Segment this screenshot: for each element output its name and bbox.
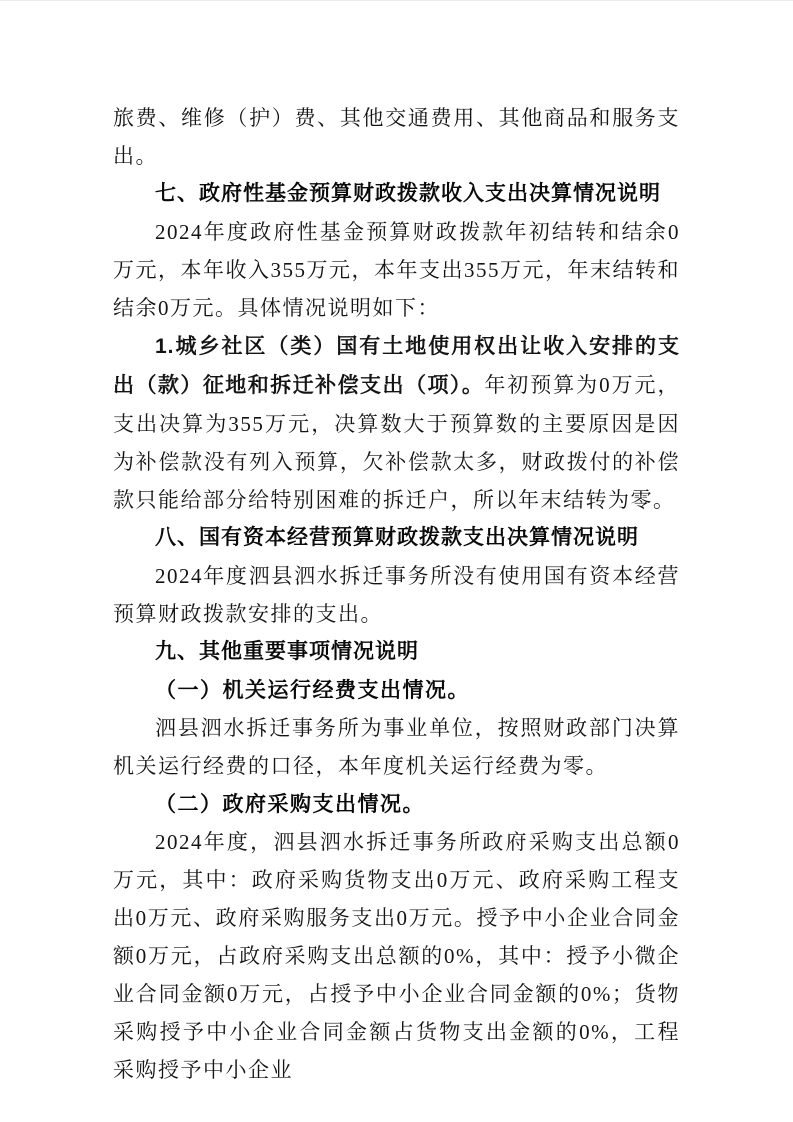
paragraph-agency-operating-expense: 泗县泗水拆迁事务所为事业单位，按照财政部门决算机关运行经费的口径，本年度机关运行… [113,709,680,785]
paragraph-gov-procurement: 2024年度，泗县泗水拆迁事务所政府采购支出总额0万元，其中：政府采购货物支出0… [113,823,680,1089]
paragraph-urban-community-item: 1.城乡社区（类）国有土地使用权出让收入安排的支出（款）征地和拆迁补偿支出（项）… [113,327,680,519]
paragraph-expense-items-continuation: 旅费、维修（护）费、其他交通费用、其他商品和服务支出。 [113,99,680,175]
heading-section-eight-state-capital: 八、国有资本经营预算财政拨款支出决算情况说明 [113,519,680,557]
subheading-agency-operating-expense: （一）机关运行经费支出情况。 [113,671,680,709]
heading-section-seven-gov-fund-budget: 七、政府性基金预算财政拨款收入支出决算情况说明 [113,175,680,213]
subheading-gov-procurement: （二）政府采购支出情况。 [113,785,680,823]
heading-section-nine-other-matters: 九、其他重要事项情况说明 [113,633,680,671]
document-page: 旅费、维修（护）费、其他交通费用、其他商品和服务支出。 七、政府性基金预算财政拨… [0,0,793,1122]
paragraph-gov-fund-summary: 2024年度政府性基金预算财政拨款年初结转和结余0万元，本年收入355万元，本年… [113,213,680,327]
paragraph-state-capital: 2024年度泗县泗水拆迁事务所没有使用国有资本经营预算财政拨款安排的支出。 [113,557,680,633]
